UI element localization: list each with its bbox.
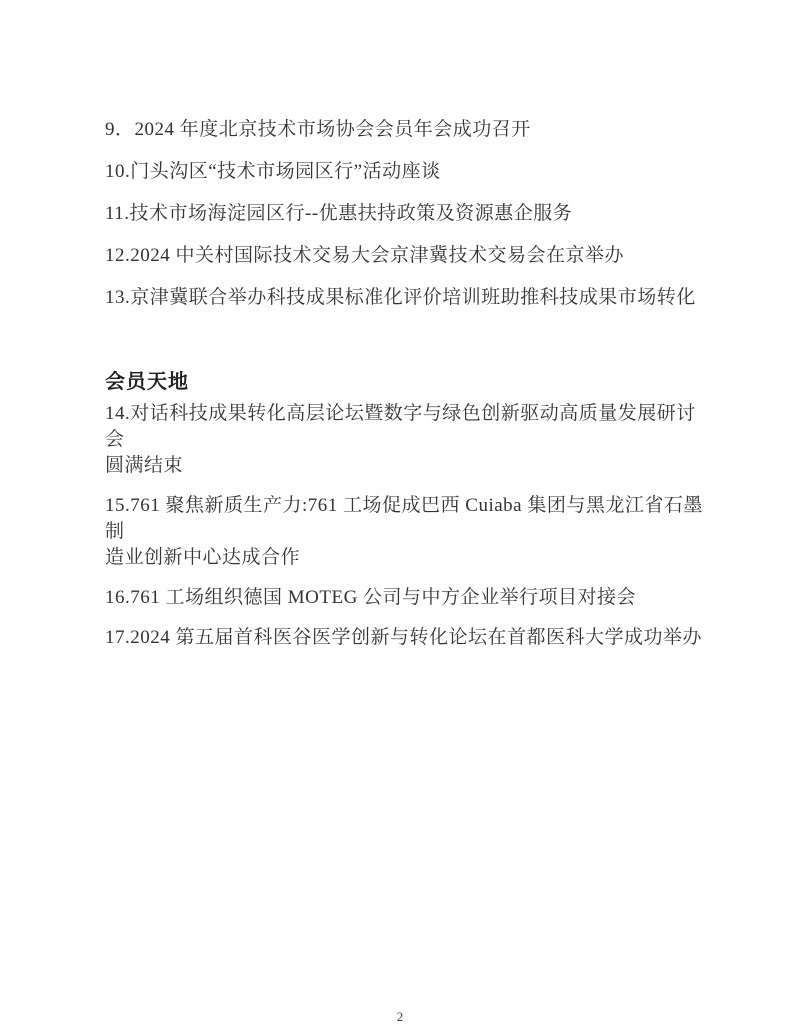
- list-item-15: 15.761 聚焦新质生产力:761 工场促成巴西 Cuiaba 集团与黑龙江省…: [105, 493, 705, 571]
- page-footer: 2: [0, 1008, 800, 1026]
- list-item-13: 13.京津冀联合举办科技成果标准化评价培训班助推科技成果市场转化: [105, 285, 705, 311]
- section-heading: 会员天地: [105, 369, 705, 395]
- section-news-list: 9．2024 年度北京技术市场协会会员年会成功召开 10.门头沟区“技术市场园区…: [105, 117, 705, 311]
- list-item-14: 14.对话科技成果转化高层论坛暨数字与绿色创新驱动高质量发展研讨会 圆满结束: [105, 401, 705, 479]
- list-item-11: 11.技术市场海淀园区行--优惠扶持政策及资源惠企服务: [105, 201, 705, 227]
- list-item-10: 10.门头沟区“技术市场园区行”活动座谈: [105, 159, 705, 185]
- page-number: 2: [397, 1009, 404, 1024]
- page-content: 9．2024 年度北京技术市场协会会员年会成功召开 10.门头沟区“技术市场园区…: [0, 0, 800, 651]
- document-page: 9．2024 年度北京技术市场协会会员年会成功召开 10.门头沟区“技术市场园区…: [0, 0, 800, 1035]
- section-member-world: 会员天地 14.对话科技成果转化高层论坛暨数字与绿色创新驱动高质量发展研讨会 圆…: [105, 369, 705, 651]
- list-item-16: 16.761 工场组织德国 MOTEG 公司与中方企业举行项目对接会: [105, 585, 705, 611]
- list-item-12: 12.2024 中关村国际技术交易大会京津冀技术交易会在京举办: [105, 243, 705, 269]
- list-item-9: 9．2024 年度北京技术市场协会会员年会成功召开: [105, 117, 705, 143]
- list-item-17: 17.2024 第五届首科医谷医学创新与转化论坛在首都医科大学成功举办: [105, 625, 705, 651]
